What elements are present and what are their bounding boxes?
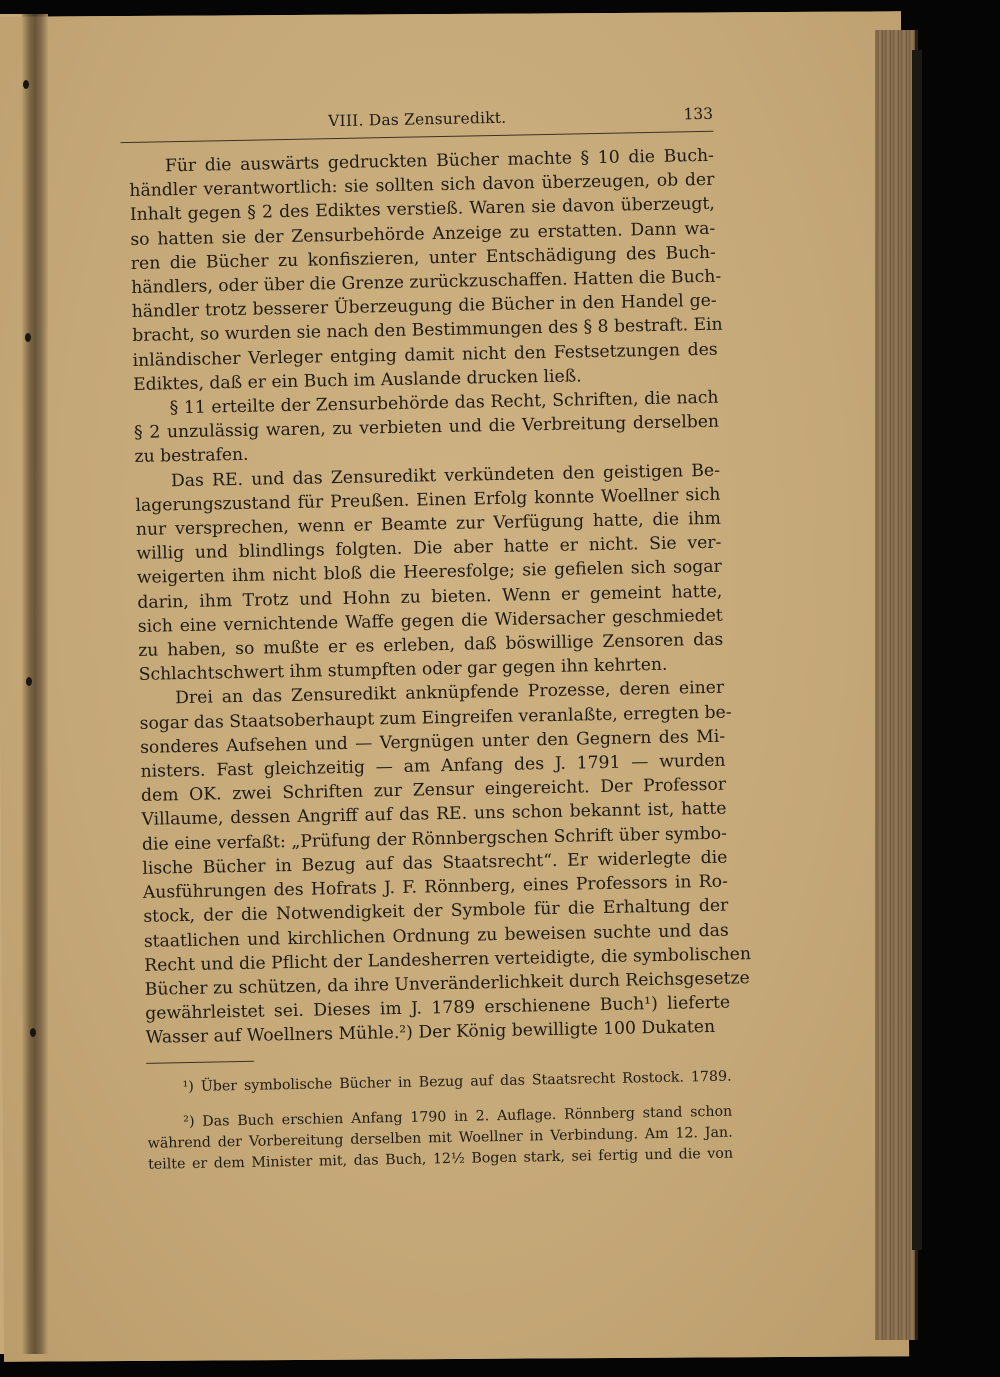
page-content: VIII. Das Zensuredikt. 133 Für die auswä…: [128, 105, 734, 1190]
paragraph: § 11 erteilte der Zensurbehörde das Rech…: [133, 386, 719, 470]
header-rule: [121, 131, 714, 143]
footnotes: ¹) Über symbolische Bücher in Bezug auf …: [146, 1066, 733, 1175]
footnote: ¹) Über symbolische Bücher in Bezug auf …: [146, 1066, 731, 1098]
binding-hole: [26, 677, 32, 686]
text-line: ¹) Über symbolische Bücher in Bezug auf …: [146, 1066, 731, 1098]
binding-hole: [25, 333, 31, 342]
footnote: ²) Das Buch erschien Anfang 1790 in 2. A…: [147, 1101, 733, 1175]
book-cover-edge: [912, 50, 922, 1250]
running-title: VIII. Das Zensuredikt.: [328, 109, 507, 130]
page-number: 133: [683, 105, 713, 124]
body-text: Für die auswärts gedruckten Bücher macht…: [129, 144, 731, 1051]
paragraph: Für die auswärts gedruckten Bücher macht…: [129, 144, 719, 397]
footnote-separator: [146, 1060, 254, 1063]
paragraph: Drei an das Zensuredikt anknüpfende Proz…: [139, 676, 731, 1050]
paragraph: Das RE. und das Zensuredikt verkündeten …: [135, 458, 724, 687]
binding-hole: [30, 1028, 36, 1037]
binding-hole: [23, 80, 29, 89]
